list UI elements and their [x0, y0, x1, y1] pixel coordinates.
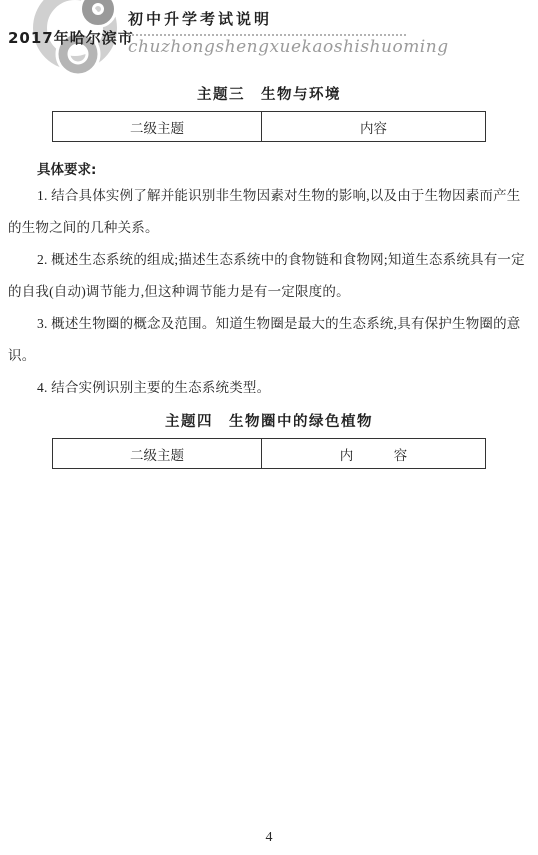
requirement-item: 3. 概述生物圈的概念及范围。知道生物圈是最大的生态系统,具有保护生物圈的意识。: [8, 308, 530, 372]
page-footer: 4: [0, 828, 538, 846]
dotted-rule: [128, 34, 406, 36]
doc-title: 初中升学考试说明: [128, 8, 420, 29]
requirement-item: 4. 结合实例识别主要的生态系统类型。: [8, 372, 530, 404]
requirement-item: 2. 概述生态系统的组成;描述生态系统中的食物链和食物网;知道生态系统具有一定的…: [8, 244, 530, 308]
topic4-title: 主题四 生物圈中的绿色植物: [0, 410, 538, 431]
col-header-content: 内容: [262, 112, 486, 142]
topic3-table: 二级主题 内容: [52, 111, 486, 142]
requirements-heading: 具体要求:: [37, 158, 538, 178]
page-root: 2017年哈尔滨市 初中升学考试说明 chuzhongshengxuekaosh…: [0, 0, 538, 469]
col-header-secondary-theme: 二级主题: [53, 112, 262, 142]
topic3-title: 主题三 生物与环境: [0, 83, 538, 104]
table-header-row: 二级主题 内 容: [53, 439, 486, 469]
col-header-secondary-theme: 二级主题: [53, 439, 262, 469]
table-header-row: 二级主题 内容: [53, 112, 486, 142]
pinyin-subtitle: chuzhongshengxuekaoshishuoming: [128, 37, 420, 57]
year-region-label: 2017年哈尔滨市: [8, 27, 134, 48]
page-number: 4: [266, 830, 273, 845]
col-header-content: 内 容: [262, 439, 486, 469]
topic4-table: 二级主题 内 容: [52, 438, 486, 469]
header-title-block: 初中升学考试说明 chuzhongshengxuekaoshishuoming: [128, 8, 420, 57]
requirement-item: 1. 结合具体实例了解并能识别非生物因素对生物的影响,以及由于生物因素而产生的生…: [8, 180, 530, 244]
requirements-list: 1. 结合具体实例了解并能识别非生物因素对生物的影响,以及由于生物因素而产生的生…: [0, 180, 538, 404]
page-header: 2017年哈尔滨市 初中升学考试说明 chuzhongshengxuekaosh…: [0, 0, 538, 68]
